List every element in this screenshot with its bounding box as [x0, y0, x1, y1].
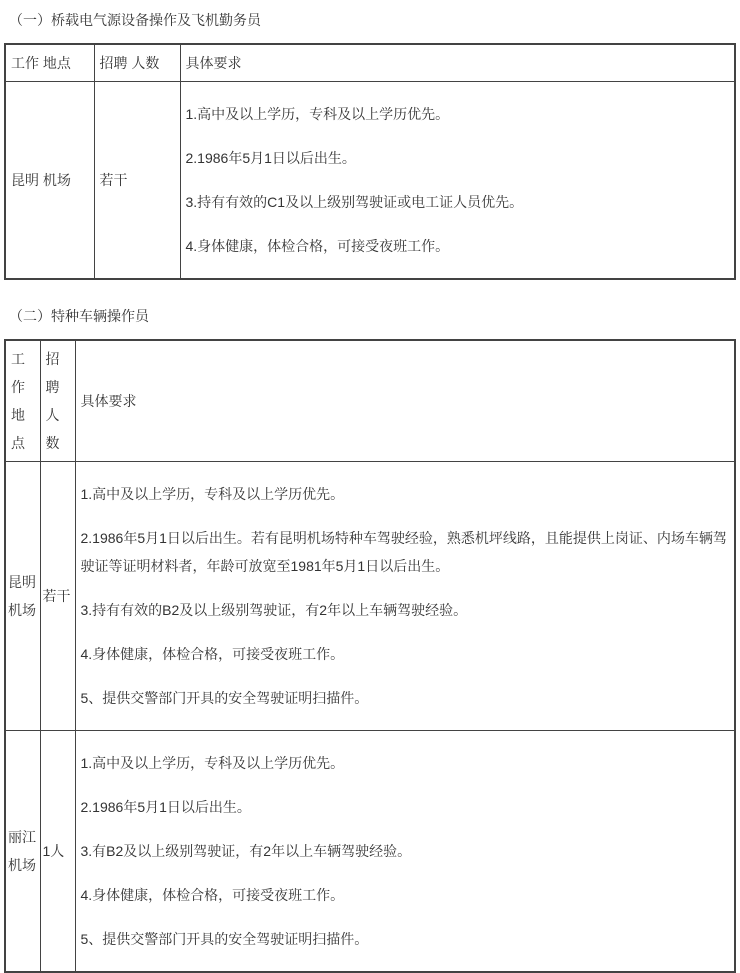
table-row: 丽江 机场 1人 1.高中及以上学历，专科及以上学历优先。 2.1986年5月1…	[5, 731, 735, 973]
requirement-item: 4.身体健康，体检合格，可接受夜班工作。	[81, 881, 730, 909]
table-row: 昆明 机场 若干 1.高中及以上学历，专科及以上学历优先。 2.1986年5月1…	[5, 82, 735, 280]
cell-requirements: 1.高中及以上学历，专科及以上学历优先。 2.1986年5月1日以后出生。若有昆…	[75, 462, 735, 731]
cell-location: 昆明 机场	[5, 82, 94, 280]
table-row: 昆明 机场 若干 1.高中及以上学历，专科及以上学历优先。 2.1986年5月1…	[5, 462, 735, 731]
header-work-location: 工作 地点	[5, 340, 40, 462]
cell-count: 1人	[40, 731, 75, 973]
cell-requirements: 1.高中及以上学历，专科及以上学历优先。 2.1986年5月1日以后出生。 3.…	[75, 731, 735, 973]
requirement-item: 1.高中及以上学历，专科及以上学历优先。	[81, 749, 730, 777]
requirement-item: 3.有B2及以上级别驾驶证，有2年以上车辆驾驶经验。	[81, 837, 730, 865]
cell-location: 昆明 机场	[5, 462, 40, 731]
cell-location: 丽江 机场	[5, 731, 40, 973]
requirement-item: 5、提供交警部门开具的安全驾驶证明扫描件。	[81, 684, 730, 712]
requirement-item: 5、提供交警部门开具的安全驾驶证明扫描件。	[81, 925, 730, 953]
requirement-item: 4.身体健康，体检合格，可接受夜班工作。	[81, 640, 730, 668]
header-recruit-count: 招聘 人数	[40, 340, 75, 462]
header-work-location: 工作 地点	[5, 44, 94, 82]
section-title: （二）特种车辆操作员	[9, 306, 736, 327]
section-bridge-power-equipment: （一）桥载电气源设备操作及飞机勤务员 工作 地点 招聘 人数 具体要求 昆明 机…	[4, 10, 736, 280]
recruitment-table-bridge-power: 工作 地点 招聘 人数 具体要求 昆明 机场 若干 1.高中及以上学历，专科及以…	[4, 43, 736, 280]
header-requirements: 具体要求	[180, 44, 735, 82]
recruitment-table-special-vehicle: 工作 地点 招聘 人数 具体要求 昆明 机场 若干 1.高中及以上学历，专科及以…	[4, 339, 736, 973]
requirement-item: 1.高中及以上学历，专科及以上学历优先。	[186, 100, 730, 128]
section-special-vehicle-operator: （二）特种车辆操作员 工作 地点 招聘 人数 具体要求 昆明 机场 若干 1.高…	[4, 306, 736, 973]
requirement-item: 2.1986年5月1日以后出生。若有昆明机场特种车驾驶经验，熟悉机坪线路，且能提…	[81, 524, 730, 580]
cell-requirements: 1.高中及以上学历，专科及以上学历优先。 2.1986年5月1日以后出生。 3.…	[180, 82, 735, 280]
cell-count: 若干	[94, 82, 180, 280]
header-row: 工作 地点 招聘 人数 具体要求	[5, 44, 735, 82]
requirement-item: 2.1986年5月1日以后出生。	[186, 144, 730, 172]
requirement-item: 2.1986年5月1日以后出生。	[81, 793, 730, 821]
header-requirements: 具体要求	[75, 340, 735, 462]
section-title: （一）桥载电气源设备操作及飞机勤务员	[9, 10, 736, 31]
requirement-item: 1.高中及以上学历，专科及以上学历优先。	[81, 480, 730, 508]
header-row: 工作 地点 招聘 人数 具体要求	[5, 340, 735, 462]
header-recruit-count: 招聘 人数	[94, 44, 180, 82]
requirement-item: 3.持有有效的B2及以上级别驾驶证，有2年以上车辆驾驶经验。	[81, 596, 730, 624]
requirement-item: 4.身体健康，体检合格，可接受夜班工作。	[186, 232, 730, 260]
cell-count: 若干	[40, 462, 75, 731]
requirement-item: 3.持有有效的C1及以上级别驾驶证或电工证人员优先。	[186, 188, 730, 216]
